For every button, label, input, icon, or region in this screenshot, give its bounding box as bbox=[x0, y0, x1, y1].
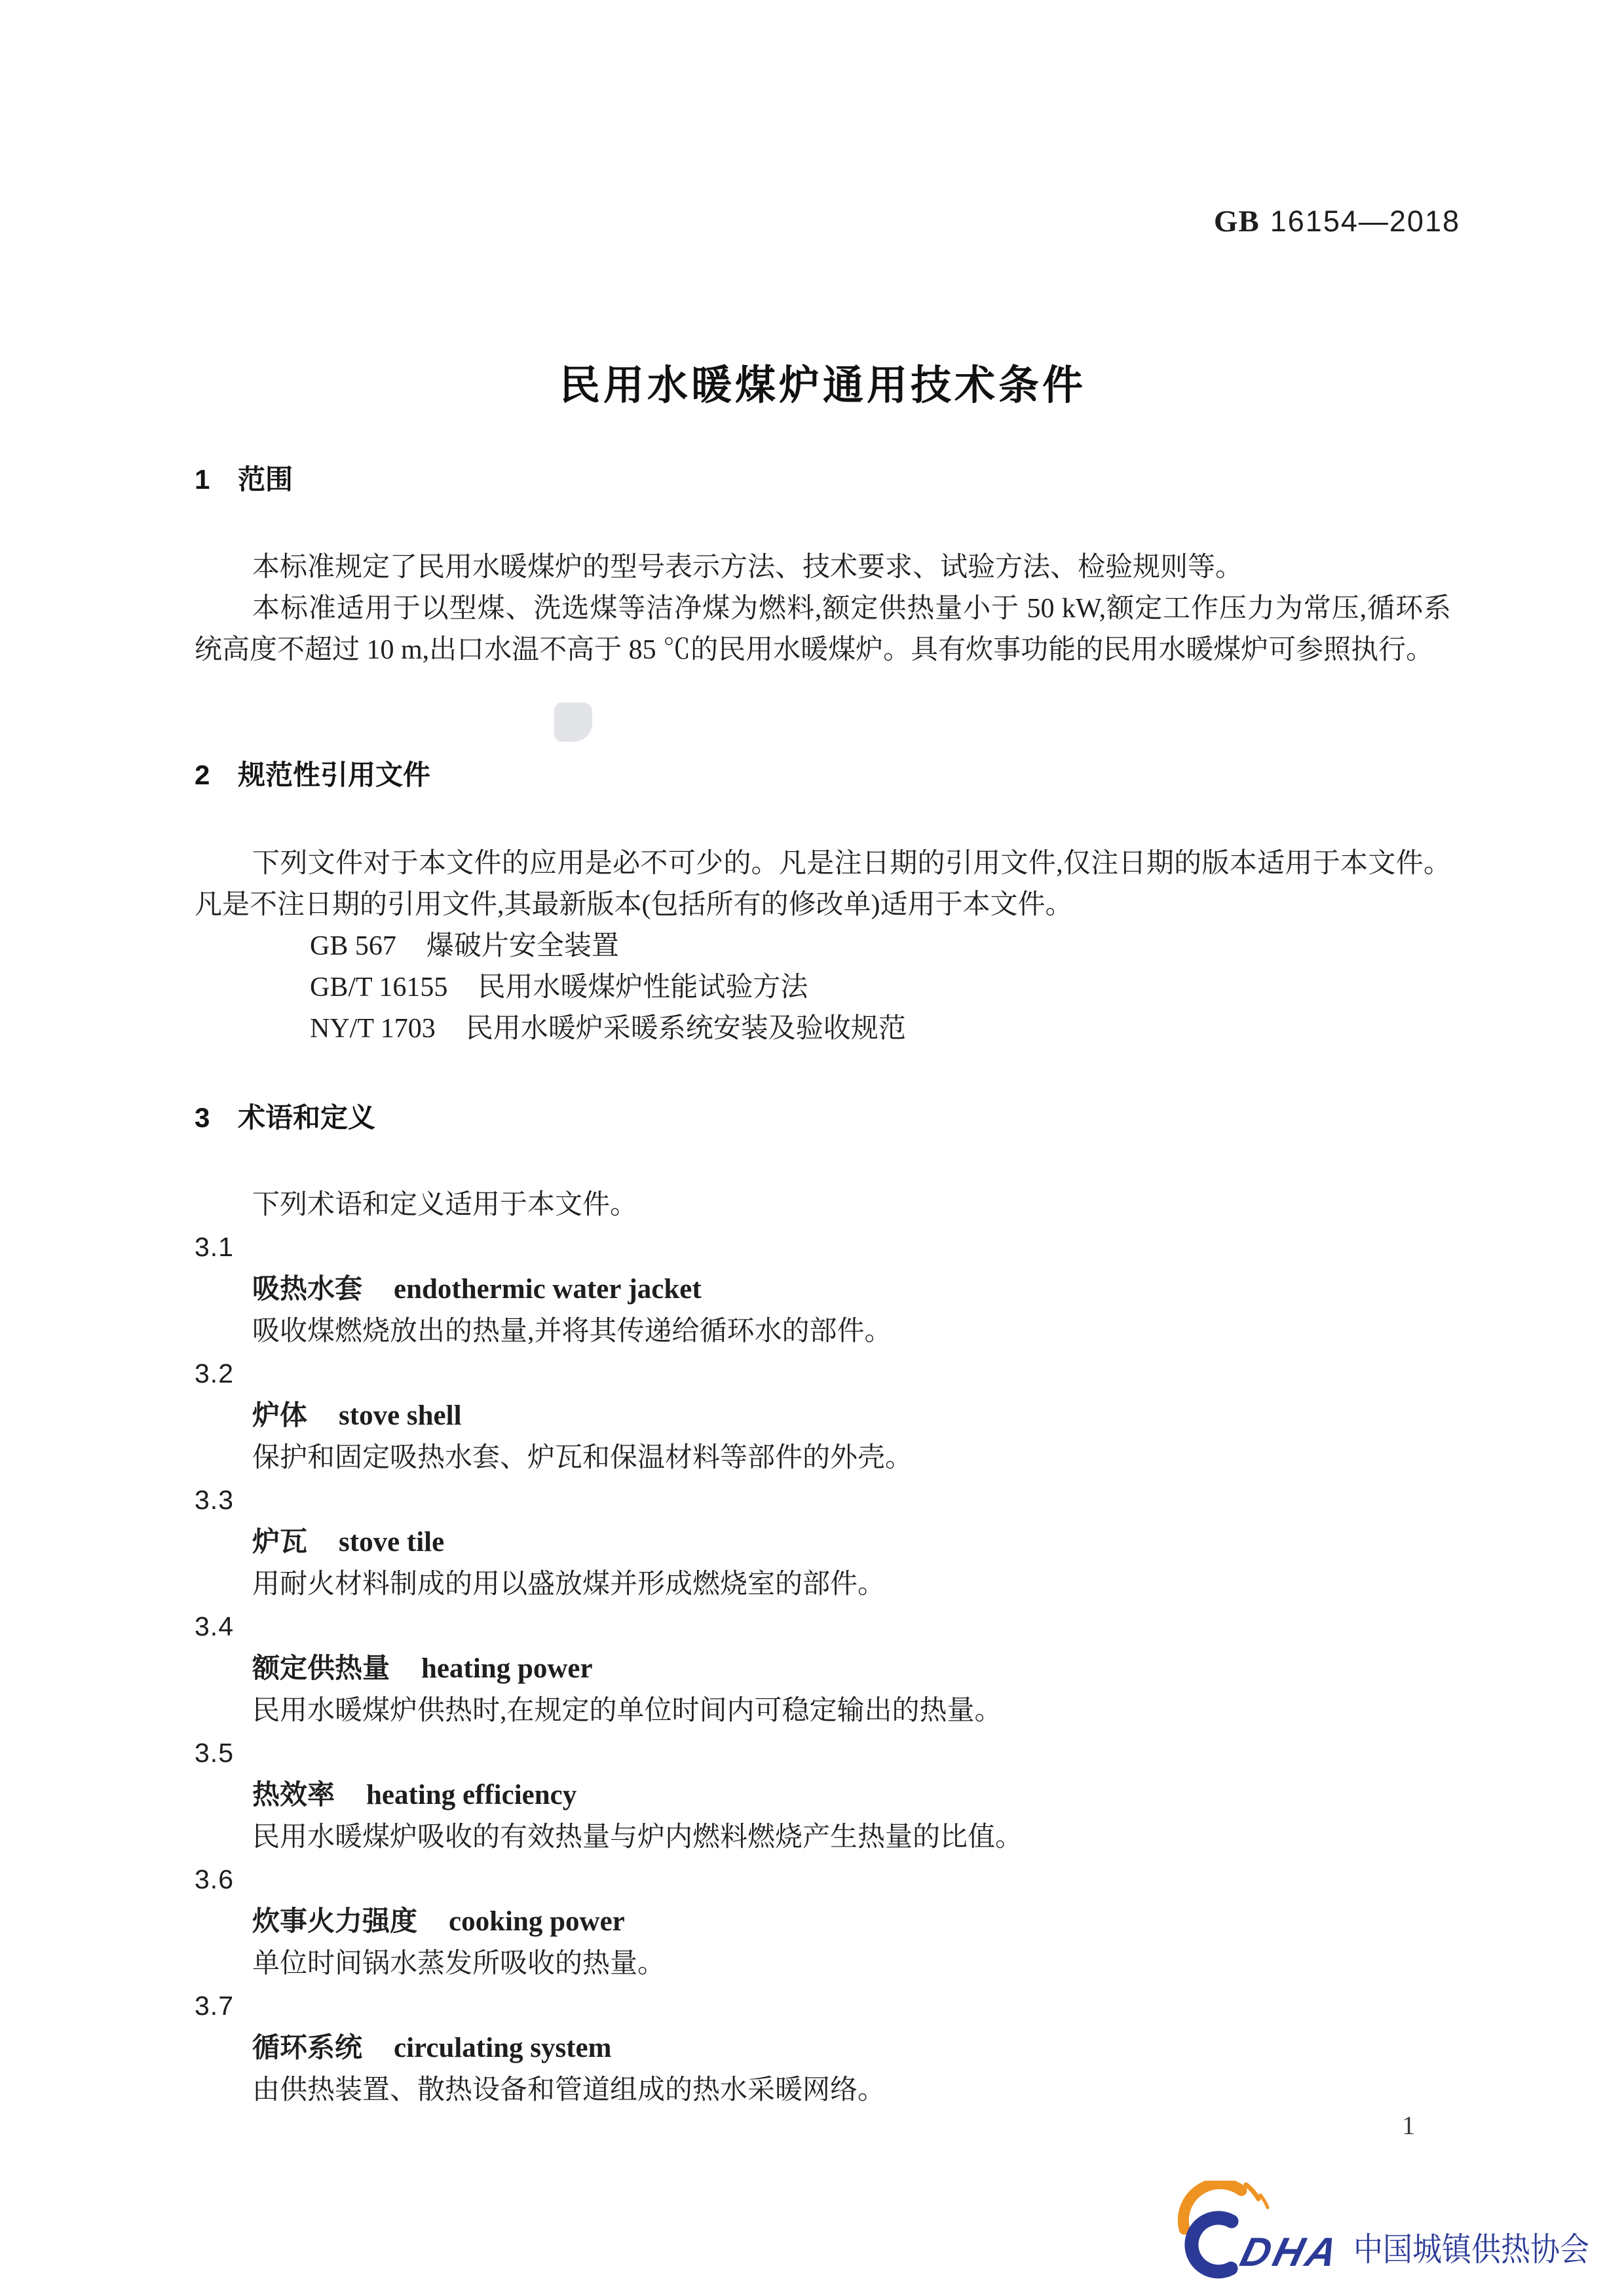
section-1-heading: 1范围 bbox=[195, 460, 293, 499]
section-1-number: 1 bbox=[195, 460, 238, 499]
section-3-heading: 3术语和定义 bbox=[195, 1098, 375, 1138]
cdha-logo-graphic: DHA 中国城镇供热协会 bbox=[1178, 2181, 1600, 2284]
term-name-zh: 炉体 bbox=[252, 1400, 307, 1430]
section-2-body: 下列文件对于本文件的应用是必不可少的。凡是注日期的引用文件,仅注日期的版本适用于… bbox=[195, 843, 1451, 1050]
section-1-body: 本标准规定了民用水暖煤炉的型号表示方法、技术要求、试验方法、检验规则等。 本标准… bbox=[195, 547, 1451, 671]
page-number: 1 bbox=[1376, 2110, 1441, 2141]
term-number: 3.6 bbox=[195, 1858, 1451, 1900]
document-title: 民用水暖煤炉通用技术条件 bbox=[195, 353, 1451, 411]
term-definition: 单位时间锅水蒸发所吸收的热量。 bbox=[195, 1943, 1451, 1985]
term-definition: 民用水暖煤炉吸收的有效热量与炉内燃料燃烧产生热量的比值。 bbox=[195, 1816, 1451, 1858]
reference-code: GB 567 bbox=[252, 926, 396, 967]
section-3-body: 下列术语和定义适用于本文件。 3.1 吸热水套endothermic water… bbox=[195, 1184, 1451, 2111]
logo-orange-ray-icon bbox=[1246, 2185, 1258, 2199]
logo-orange-ray-icon bbox=[1260, 2195, 1268, 2208]
term-number: 3.1 bbox=[195, 1226, 1451, 1268]
cdha-logo: DHA 中国城镇供热协会 bbox=[1178, 2181, 1600, 2284]
reference-item: GB 567爆破片安全装置 bbox=[195, 926, 1451, 967]
term-name-en: stove shell bbox=[339, 1400, 462, 1431]
reference-title: 爆破片安全装置 bbox=[426, 931, 619, 961]
term-name-en: stove tile bbox=[339, 1527, 444, 1558]
term-definition: 吸收煤燃烧放出的热量,并将其传递给循环水的部件。 bbox=[195, 1311, 1451, 1352]
term-name-en: heating efficiency bbox=[366, 1780, 576, 1810]
term-number: 3.3 bbox=[195, 1479, 1451, 1521]
section-3-title: 术语和定义 bbox=[238, 1102, 375, 1133]
term-name: 炉瓦stove tile bbox=[195, 1521, 1451, 1563]
term-name-en: cooking power bbox=[449, 1906, 625, 1937]
section-1-title: 范围 bbox=[238, 464, 293, 495]
term-name-zh: 炊事火力强度 bbox=[252, 1905, 417, 1936]
term-definition: 保护和固定吸热水套、炉瓦和保温材料等部件的外壳。 bbox=[195, 1437, 1451, 1479]
section-2-number: 2 bbox=[195, 756, 238, 795]
term-name-zh: 循环系统 bbox=[252, 2032, 362, 2063]
reference-title: 民用水暖煤炉性能试验方法 bbox=[478, 972, 808, 1003]
term-name-zh: 热效率 bbox=[252, 1779, 335, 1810]
reference-code: GB/T 16155 bbox=[252, 967, 447, 1008]
logo-name-text: 中国城镇供热协会 bbox=[1353, 2231, 1589, 2268]
document-page: GB16154—2018 民用水暖煤炉通用技术条件 1范围 本标准规定了民用水暖… bbox=[0, 0, 1624, 2296]
term-name-zh: 吸热水套 bbox=[252, 1273, 362, 1304]
term-name: 炉体stove shell bbox=[195, 1394, 1451, 1437]
standard-code-number: 16154—2018 bbox=[1270, 204, 1460, 238]
standard-code-prefix: GB bbox=[1214, 204, 1260, 239]
term-name-en: endothermic water jacket bbox=[394, 1274, 702, 1305]
term-name: 吸热水套endothermic water jacket bbox=[195, 1268, 1451, 1311]
paragraph: 本标准适用于以型煤、洗选煤等洁净煤为燃料,额定供热量小于 50 kW,额定工作压… bbox=[195, 588, 1451, 671]
reference-item: NY/T 1703民用水暖炉采暖系统安装及验收规范 bbox=[195, 1008, 1451, 1050]
term-name: 额定供热量heating power bbox=[195, 1647, 1451, 1690]
term-definition: 民用水暖煤炉供热时,在规定的单位时间内可稳定输出的热量。 bbox=[195, 1690, 1451, 1732]
reference-code: NY/T 1703 bbox=[252, 1008, 436, 1050]
term-number: 3.7 bbox=[195, 1985, 1451, 2027]
reference-item: GB/T 16155民用水暖煤炉性能试验方法 bbox=[195, 967, 1451, 1008]
term-name-zh: 额定供热量 bbox=[252, 1653, 390, 1683]
logo-c-mark-icon bbox=[1192, 2218, 1232, 2272]
term-name-zh: 炉瓦 bbox=[252, 1526, 307, 1557]
paragraph: 本标准规定了民用水暖煤炉的型号表示方法、技术要求、试验方法、检验规则等。 bbox=[195, 547, 1451, 588]
term-definition: 用耐火材料制成的用以盛放煤并形成燃烧室的部件。 bbox=[195, 1563, 1451, 1605]
reference-title: 民用水暖炉采暖系统安装及验收规范 bbox=[466, 1014, 906, 1044]
section-2-title: 规范性引用文件 bbox=[238, 759, 430, 790]
term-name: 热效率heating efficiency bbox=[195, 1774, 1451, 1816]
scan-watermark-artifact bbox=[554, 702, 592, 742]
paragraph: 下列文件对于本文件的应用是必不可少的。凡是注日期的引用文件,仅注日期的版本适用于… bbox=[195, 843, 1451, 926]
section-2-heading: 2规范性引用文件 bbox=[195, 756, 430, 795]
term-name: 循环系统circulating system bbox=[195, 2027, 1451, 2069]
term-number: 3.5 bbox=[195, 1732, 1451, 1774]
term-name-en: circulating system bbox=[394, 2033, 611, 2063]
standard-code: GB16154—2018 bbox=[1214, 204, 1460, 246]
section-3-number: 3 bbox=[195, 1098, 238, 1138]
logo-abbr-text: DHA bbox=[1236, 2230, 1345, 2275]
term-definition: 由供热装置、散热设备和管道组成的热水采暖网络。 bbox=[195, 2069, 1451, 2111]
paragraph: 下列术语和定义适用于本文件。 bbox=[195, 1184, 1451, 1226]
term-name-en: heating power bbox=[421, 1653, 593, 1684]
term-name: 炊事火力强度cooking power bbox=[195, 1900, 1451, 1943]
term-number: 3.4 bbox=[195, 1605, 1451, 1647]
term-number: 3.2 bbox=[195, 1352, 1451, 1394]
